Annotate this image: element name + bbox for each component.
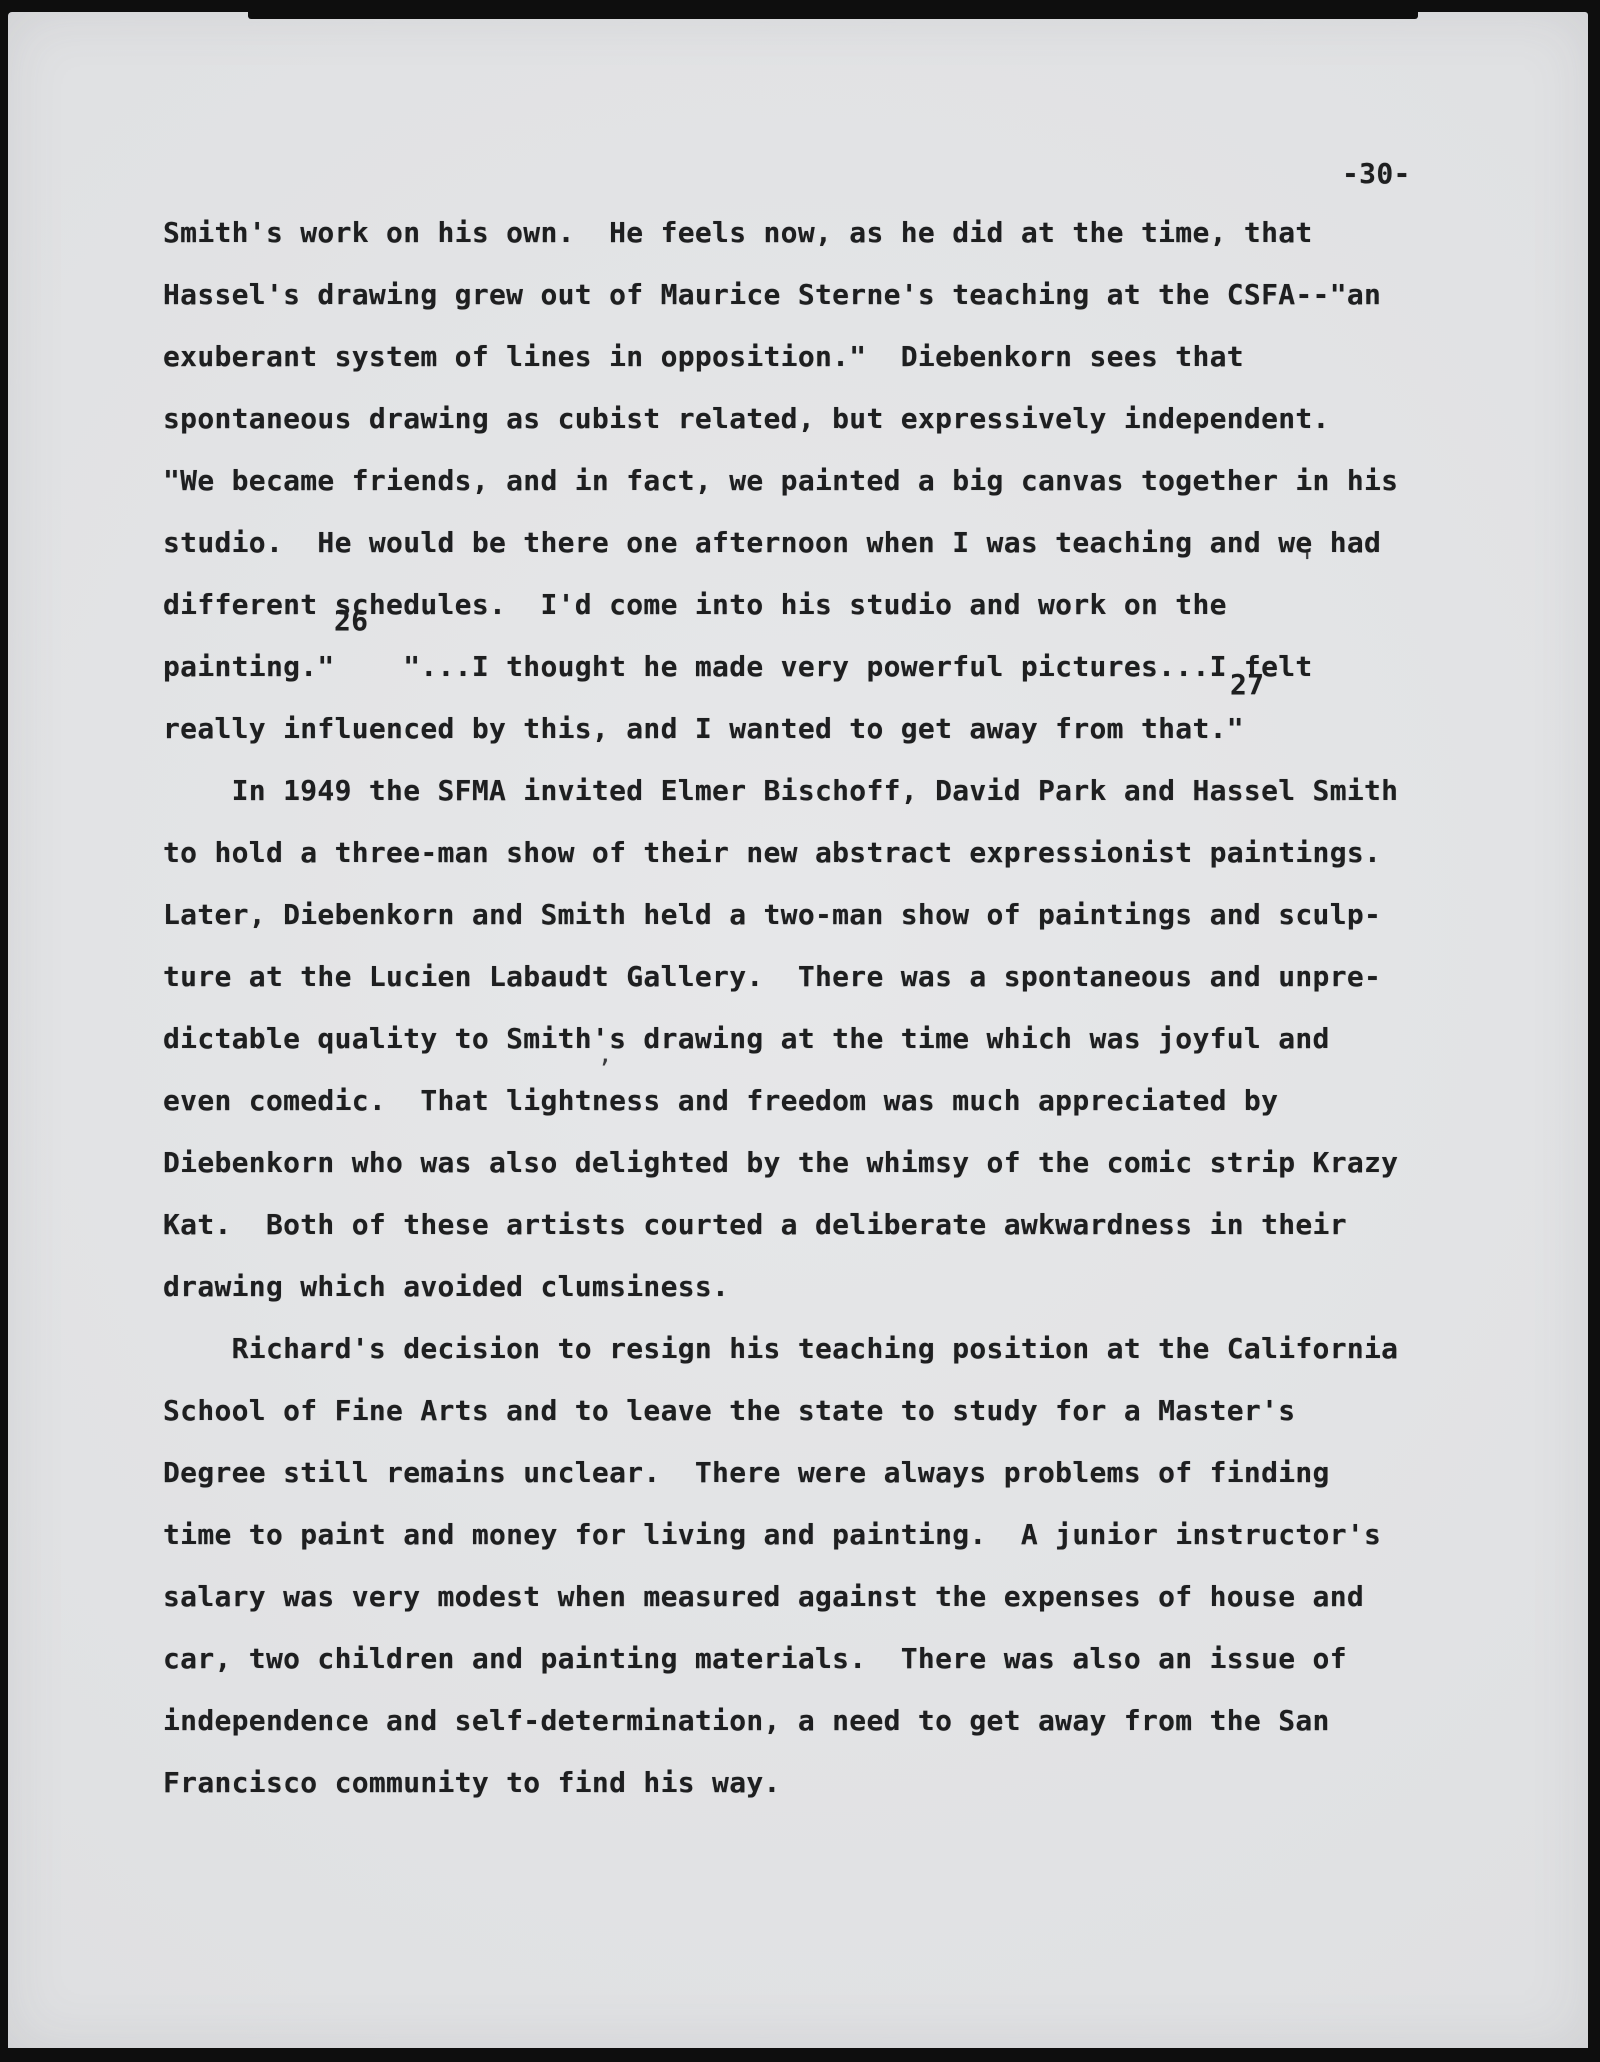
scan-border-right xyxy=(1588,0,1600,2062)
text-line: even comedic. That lightness and freedom… xyxy=(163,1087,1278,1115)
page-number: -30- xyxy=(1342,160,1411,188)
text-line: exuberant system of lines in opposition.… xyxy=(163,343,1244,371)
footnote-ref-26: 26 xyxy=(334,607,368,635)
text-line: Richard's decision to resign his teachin… xyxy=(163,1335,1398,1363)
text-line: Degree still remains unclear. There were… xyxy=(163,1459,1330,1487)
text-line: studio. He would be there one afternoon … xyxy=(163,529,1381,557)
text-line: Kat. Both of these artists courted a del… xyxy=(163,1211,1347,1239)
text-line: drawing which avoided clumsiness. xyxy=(163,1273,729,1301)
text-line: spontaneous drawing as cubist related, b… xyxy=(163,405,1330,433)
footnote-ref-27: 27 xyxy=(1230,671,1264,699)
text-line: time to paint and money for living and p… xyxy=(163,1521,1381,1549)
text-line: different schedules. I'd come into his s… xyxy=(163,591,1227,619)
scan-border-top-thick xyxy=(248,0,1418,19)
text-line: salary was very modest when measured aga… xyxy=(163,1583,1364,1611)
text-line: Diebenkorn who was also delighted by the… xyxy=(163,1149,1398,1177)
scan-border-left xyxy=(0,0,8,2062)
scan-artifact-comma: , xyxy=(598,1040,613,1068)
text-line: Later, Diebenkorn and Smith held a two-m… xyxy=(163,901,1381,929)
text-line: painting." "...I thought he made very po… xyxy=(163,653,1313,681)
scan-artifact-apostrophe: ' xyxy=(1300,548,1315,576)
text-line: Hassel's drawing grew out of Maurice Ste… xyxy=(163,281,1381,309)
text-line: car, two children and painting materials… xyxy=(163,1645,1347,1673)
text-line: to hold a three-man show of their new ab… xyxy=(163,839,1381,867)
text-line: In 1949 the SFMA invited Elmer Bischoff,… xyxy=(163,777,1398,805)
scanned-document: -30- Smith's work on his own. He feels n… xyxy=(0,0,1600,2062)
text-line: independence and self-determination, a n… xyxy=(163,1707,1330,1735)
text-line: Smith's work on his own. He feels now, a… xyxy=(163,219,1313,247)
text-line: School of Fine Arts and to leave the sta… xyxy=(163,1397,1295,1425)
text-line: "We became friends, and in fact, we pain… xyxy=(163,467,1398,495)
scan-border-bottom xyxy=(0,2048,1600,2062)
text-line: ture at the Lucien Labaudt Gallery. Ther… xyxy=(163,963,1381,991)
text-line: really influenced by this, and I wanted … xyxy=(163,715,1244,743)
text-line: dictable quality to Smith's drawing at t… xyxy=(163,1025,1330,1053)
text-line: Francisco community to find his way. xyxy=(163,1769,781,1797)
